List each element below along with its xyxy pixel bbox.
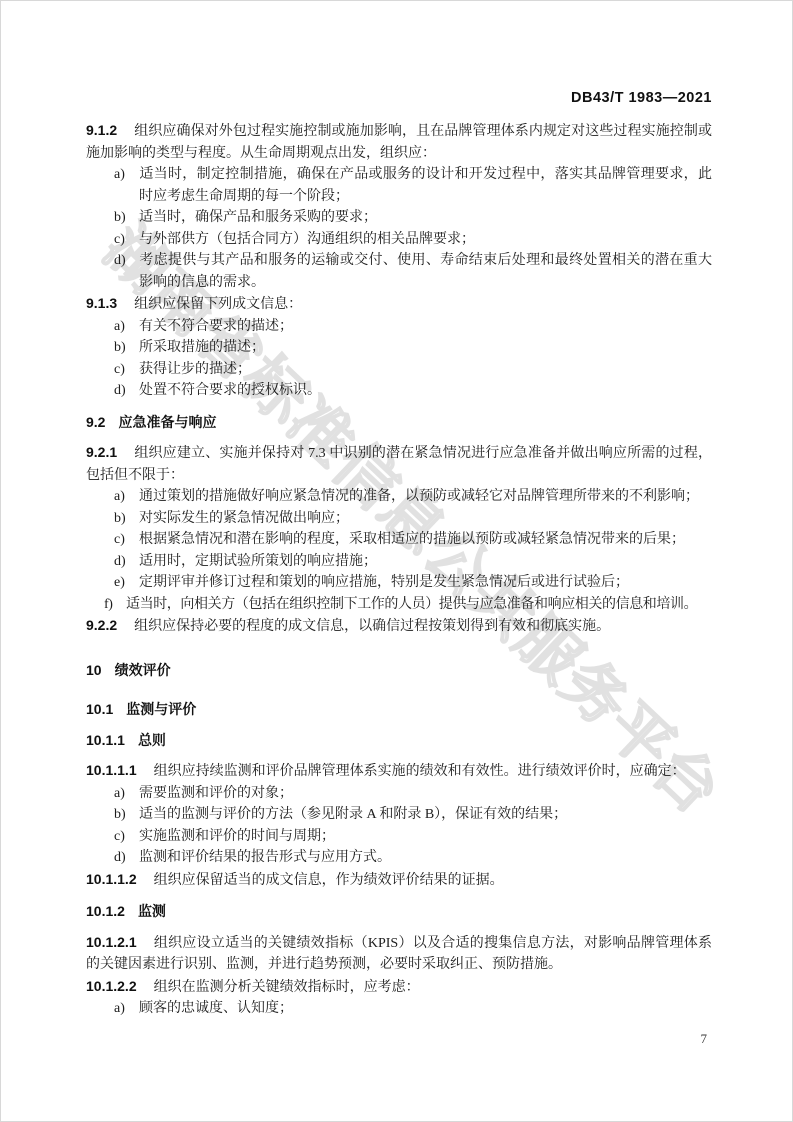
clause-number: 10.1.1.2 xyxy=(86,871,137,887)
clause-paragraph-9.2.1: 9.2.1组织应建立、实施并保持对 7.3 中识别的潜在紧急情况进行应急准备并做… xyxy=(86,442,712,486)
section-title: 监测与评价 xyxy=(126,701,196,717)
section-number: 10.1.2 xyxy=(86,903,125,919)
clause-paragraph-9.1.2: 9.1.2组织应确保对外包过程实施控制或施加影响，且在品牌管理体系内规定对这些过… xyxy=(86,120,712,164)
content-layer: DB43/T 1983—2021 9.1.2组织应确保对外包过程实施控制或施加影… xyxy=(1,1,792,1020)
list-item-label: c) xyxy=(114,529,139,551)
clause-text: 组织应保留下列成文信息： xyxy=(134,297,302,312)
list-item-d: d)适用时，定期试验所策划的响应措施； xyxy=(86,551,712,573)
section-number: 10.1.1 xyxy=(86,732,125,748)
document-blocks: 9.1.2组织应确保对外包过程实施控制或施加影响，且在品牌管理体系内规定对这些过… xyxy=(86,120,712,1020)
list-item-f: f)适当时，向相关方（包括在组织控制下工作的人员）提供与应急准备和响应相关的信息… xyxy=(86,594,712,616)
list-item-text: 考虑提供与其产品和服务的运输或交付、使用、寿命结束后处理和最终处置相关的潜在重大… xyxy=(139,253,712,290)
section-heading-10.1.2: 10.1.2监测 xyxy=(86,901,712,923)
list-item-text: 定期评审并修订过程和策划的响应措施，特别是发生紧急情况后或进行试验后； xyxy=(139,575,629,590)
list-item-a: a)顾客的忠诚度、认知度； xyxy=(86,998,712,1020)
list-item-a: a)需要监测和评价的对象； xyxy=(86,783,712,805)
list-item-label: a) xyxy=(114,486,139,508)
list-item-label: d) xyxy=(114,847,139,869)
list-item-text: 根据紧急情况和潜在影响的程度，采取相适应的措施以预防或减轻紧急情况带来的后果； xyxy=(139,532,685,547)
list-item-d: d)处置不符合要求的授权标识。 xyxy=(86,380,712,402)
list-item-a: a)适当时，制定控制措施，确保在产品或服务的设计和开发过程中，落实其品牌管理要求… xyxy=(86,164,712,207)
list-item-label: c) xyxy=(114,359,139,381)
list-item-b: b)所采取措施的描述； xyxy=(86,337,712,359)
section-heading-10: 10绩效评价 xyxy=(86,660,712,682)
list-item-c: c)与外部供方（包括合同方）沟通组织的相关品牌要求； xyxy=(86,229,712,251)
clause-number: 9.1.3 xyxy=(86,295,117,311)
clause-paragraph-10.1.1.1: 10.1.1.1组织应持续监测和评价品牌管理体系实施的绩效和有效性。进行绩效评价… xyxy=(86,760,712,783)
section-number: 10 xyxy=(86,662,102,678)
list-item-text: 对实际发生的紧急情况做出响应； xyxy=(139,511,349,526)
list-item-label: c) xyxy=(114,229,139,251)
list-item-e: e)定期评审并修订过程和策划的响应措施，特别是发生紧急情况后或进行试验后； xyxy=(86,572,712,594)
list-item-text: 通过策划的措施做好响应紧急情况的准备，以预防或减轻它对品牌管理所带来的不利影响； xyxy=(139,489,699,504)
list-item-b: b)对实际发生的紧急情况做出响应； xyxy=(86,508,712,530)
list-item-label: b) xyxy=(114,804,139,826)
list-item-label: a) xyxy=(114,316,139,338)
clause-number: 10.1.2.1 xyxy=(86,934,137,950)
clause-paragraph-9.2.2: 9.2.2组织应保持必要的程度的成文信息，以确信过程按策划得到有效和彻底实施。 xyxy=(86,615,712,638)
section-title: 应急准备与响应 xyxy=(118,414,216,430)
list-item-b: b)适当时，确保产品和服务采购的要求； xyxy=(86,207,712,229)
list-item-text: 适当的监测与评价的方法（参见附录 A 和附录 B），保证有效的结果； xyxy=(139,807,567,822)
section-number: 9.2 xyxy=(86,414,105,430)
clause-text: 组织在监测分析关键绩效指标时，应考虑： xyxy=(154,980,420,995)
list-item-text: 处置不符合要求的授权标识。 xyxy=(139,383,321,398)
list-item-d: d)监测和评价结果的报告形式与应用方式。 xyxy=(86,847,712,869)
list-item-label: d) xyxy=(114,380,139,402)
list-item-label: b) xyxy=(114,508,139,530)
list-item-label: b) xyxy=(114,337,139,359)
clause-text: 组织应持续监测和评价品牌管理体系实施的绩效和有效性。进行绩效评价时，应确定： xyxy=(154,764,686,779)
list-item-text: 适当时，向相关方（包括在组织控制下工作的人员）提供与应急准备和响应相关的信息和培… xyxy=(126,597,697,612)
clause-number: 9.1.2 xyxy=(86,122,117,138)
section-title: 绩效评价 xyxy=(115,662,171,678)
list-item-d: d)考虑提供与其产品和服务的运输或交付、使用、寿命结束后处理和最终处置相关的潜在… xyxy=(86,250,712,293)
list-item-c: c)获得让步的描述； xyxy=(86,359,712,381)
standard-document-page: 湖南省标准信息公共服务平台 DB43/T 1983—2021 9.1.2组织应确… xyxy=(0,0,793,1122)
section-title: 总则 xyxy=(138,732,166,748)
list-item-label: d) xyxy=(114,551,139,573)
list-item-c: c)实施监测和评价的时间与周期； xyxy=(86,826,712,848)
clause-number: 10.1.1.1 xyxy=(86,762,137,778)
section-title: 监测 xyxy=(138,903,166,919)
list-item-text: 实施监测和评价的时间与周期； xyxy=(139,829,335,844)
list-item-a: a)通过策划的措施做好响应紧急情况的准备，以预防或减轻它对品牌管理所带来的不利影… xyxy=(86,486,712,508)
list-item-text: 所采取措施的描述； xyxy=(139,340,265,355)
list-item-text: 适当时，确保产品和服务采购的要求； xyxy=(139,210,377,225)
clause-paragraph-10.1.2.2: 10.1.2.2组织在监测分析关键绩效指标时，应考虑： xyxy=(86,976,712,999)
section-heading-9.2: 9.2应急准备与响应 xyxy=(86,412,712,434)
list-item-label: c) xyxy=(114,826,139,848)
clause-number: 9.2.1 xyxy=(86,444,117,460)
list-item-text: 需要监测和评价的对象； xyxy=(139,786,293,801)
clause-number: 9.2.2 xyxy=(86,617,117,633)
list-item-b: b)适当的监测与评价的方法（参见附录 A 和附录 B），保证有效的结果； xyxy=(86,804,712,826)
list-item-text: 顾客的忠诚度、认知度； xyxy=(139,1001,293,1016)
section-heading-10.1.1: 10.1.1总则 xyxy=(86,730,712,752)
list-item-text: 适当时，制定控制措施，确保在产品或服务的设计和开发过程中，落实其品牌管理要求，此… xyxy=(139,167,712,204)
list-item-text: 获得让步的描述； xyxy=(139,362,251,377)
page-number: 7 xyxy=(701,1031,708,1047)
clause-text: 组织应设立适当的关键绩效指标（KPIS）以及合适的搜集信息方法，对影响品牌管理体… xyxy=(86,936,712,973)
clause-text: 组织应保持必要的程度的成文信息，以确信过程按策划得到有效和彻底实施。 xyxy=(134,619,610,634)
document-code: DB43/T 1983—2021 xyxy=(571,90,712,106)
list-item-text: 适用时，定期试验所策划的响应措施； xyxy=(139,554,377,569)
list-item-label: a) xyxy=(114,783,139,805)
section-heading-10.1: 10.1监测与评价 xyxy=(86,699,712,721)
list-item-label: a) xyxy=(114,164,139,186)
list-item-text: 有关不符合要求的描述； xyxy=(139,319,293,334)
clause-text: 组织应确保对外包过程实施控制或施加影响，且在品牌管理体系内规定对这些过程实施控制… xyxy=(86,124,712,161)
list-item-a: a)有关不符合要求的描述； xyxy=(86,316,712,338)
list-item-label: e) xyxy=(114,572,139,594)
section-number: 10.1 xyxy=(86,701,113,717)
clause-text: 组织应建立、实施并保持对 7.3 中识别的潜在紧急情况进行应急准备并做出响应所需… xyxy=(86,446,712,483)
clause-paragraph-9.1.3: 9.1.3组织应保留下列成文信息： xyxy=(86,293,712,316)
list-item-label: d) xyxy=(114,250,139,272)
list-item-text: 与外部供方（包括合同方）沟通组织的相关品牌要求； xyxy=(139,232,475,247)
clause-text: 组织应保留适当的成文信息，作为绩效评价结果的证据。 xyxy=(154,873,504,888)
page-header: DB43/T 1983—2021 xyxy=(1,1,792,107)
list-item-label: f) xyxy=(104,594,126,616)
list-item-label: a) xyxy=(114,998,139,1020)
list-item-text: 监测和评价结果的报告形式与应用方式。 xyxy=(139,850,391,865)
clause-paragraph-10.1.2.1: 10.1.2.1组织应设立适当的关键绩效指标（KPIS）以及合适的搜集信息方法，… xyxy=(86,932,712,976)
list-item-label: b) xyxy=(114,207,139,229)
list-item-c: c)根据紧急情况和潜在影响的程度，采取相适应的措施以预防或减轻紧急情况带来的后果… xyxy=(86,529,712,551)
clause-paragraph-10.1.1.2: 10.1.1.2组织应保留适当的成文信息，作为绩效评价结果的证据。 xyxy=(86,869,712,892)
clause-number: 10.1.2.2 xyxy=(86,978,137,994)
